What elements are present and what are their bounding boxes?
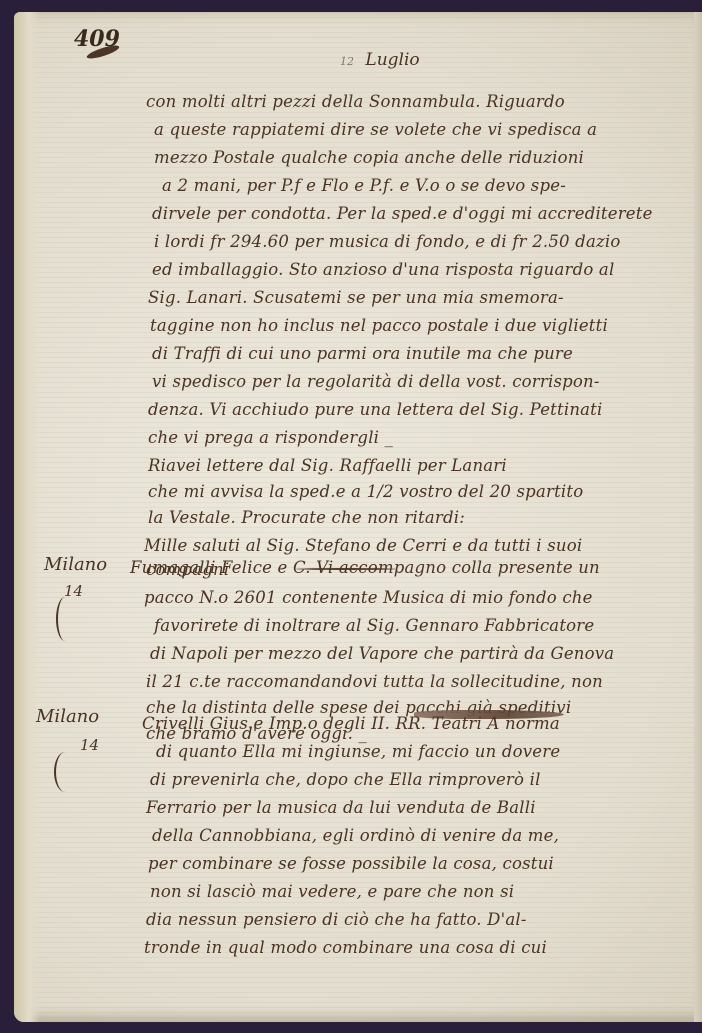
- text-line: Ferrario per la musica da lui venduta de…: [146, 798, 536, 817]
- text-line: dia nessun pensiero di ciò che ha fatto.…: [146, 910, 527, 929]
- text-line: Crivelli Gius.e Imp.o degli II. RR. Teat…: [142, 714, 560, 733]
- page-heading: 12 Luglio: [340, 50, 420, 70]
- text-line: vi spedisco per la regolarità di della v…: [152, 372, 600, 391]
- text-line: mezzo Postale qualche copia anche delle …: [154, 148, 584, 167]
- text-line: di prevenirla che, dopo che Ella rimprov…: [150, 770, 541, 789]
- page-left-edge: [14, 12, 40, 1022]
- manuscript-page: 409 12 Luglio con molti altri pezzi dell…: [14, 12, 702, 1022]
- text-line: denza. Vi acchiudo pure una lettera del …: [148, 400, 603, 419]
- text-line: la Vestale. Procurate che non ritardi:: [148, 508, 465, 527]
- text-line: taggine non ho inclus nel pacco postale …: [150, 316, 608, 335]
- text-line: i lordi fr 294.60 per musica di fondo, e…: [154, 232, 620, 251]
- text-line: di Napoli per mezzo del Vapore che parti…: [150, 644, 614, 663]
- text-line: di quanto Ella mi ingiunse, mi faccio un…: [156, 742, 560, 761]
- text-line: per combinare se fosse possibile la cosa…: [148, 854, 554, 873]
- text-line: della Cannobbiana, egli ordinò di venire…: [152, 826, 559, 845]
- margin-city-fumagalli: Milano: [44, 554, 107, 575]
- text-line: non si lasciò mai vedere, e pare che non…: [150, 882, 514, 901]
- heading-month: Luglio: [365, 50, 419, 70]
- text-line: favorirete di inoltrare al Sig. Gennaro …: [154, 616, 594, 635]
- text-line: Mille saluti al Sig. Stefano de Cerri e …: [144, 536, 582, 555]
- text-line: dirvele per condotta. Per la sped.e d'og…: [152, 204, 653, 223]
- text-line: Riavei lettere dal Sig. Raffaelli per La…: [148, 456, 507, 475]
- heading-day-mark: 12: [340, 55, 354, 68]
- text-line: che mi avvisa la sped.e a 1/2 vostro del…: [148, 482, 583, 501]
- text-line: il 21 c.te raccomandandovi tutta la soll…: [146, 672, 603, 691]
- text-line: pacco N.o 2601 contenente Musica di mio …: [144, 588, 593, 607]
- text-line: che vi prega a rispondergli _: [148, 428, 393, 447]
- page-right-fold: [694, 12, 702, 1022]
- margin-brace: [54, 752, 76, 792]
- text-line: con molti altri pezzi della Sonnambula. …: [146, 92, 565, 111]
- text-line: di Traffi di cui uno parmi ora inutile m…: [152, 344, 573, 363]
- text-line: ed imballaggio. Sto anzioso d'una rispos…: [152, 260, 614, 279]
- margin-day-crivelli: 14: [80, 736, 99, 754]
- text-line: a queste rappiatemi dire se volete che v…: [154, 120, 597, 139]
- margin-brace: [56, 597, 74, 641]
- text-line: a 2 mani, per P.f e Flo e P.f. e V.o o s…: [162, 176, 566, 195]
- margin-city-crivelli: Milano: [36, 706, 99, 727]
- text-line: Sig. Lanari. Scusatemi se per una mia sm…: [148, 288, 564, 307]
- text-line: Fumagalli Felice e C. Vi accompagno coll…: [130, 558, 600, 577]
- text-line: tronde in qual modo combinare una cosa d…: [144, 938, 547, 957]
